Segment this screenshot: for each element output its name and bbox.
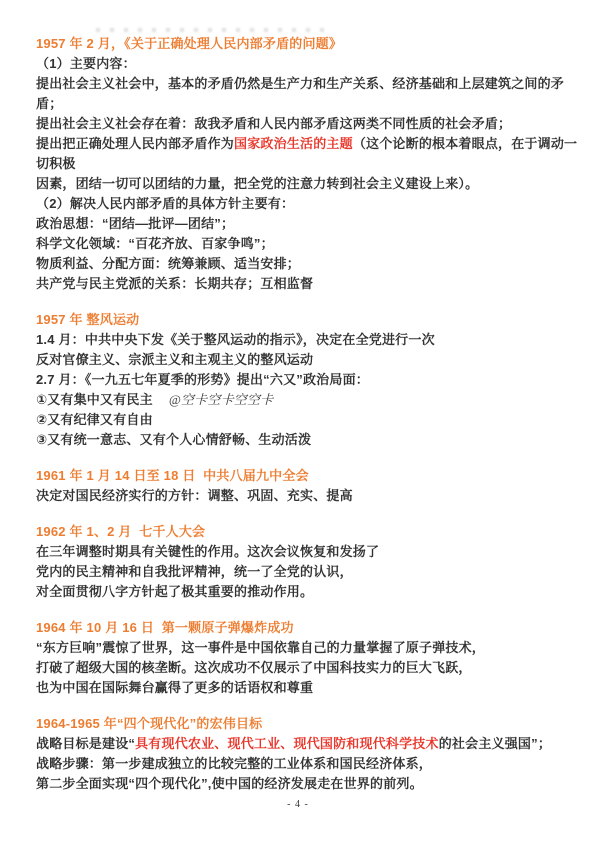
body-text: 也为中国在国际舞台赢得了更多的话语权和尊重 <box>36 680 313 695</box>
highlighted-text: 国家政治生活的主题 <box>234 136 353 151</box>
body-text: 物质利益、分配方面：统筹兼顾、适当安排； <box>36 256 300 271</box>
section-heading: 1957 年 2 月，《关于正确处理人民内部矛盾的问题》 <box>36 34 582 54</box>
text-line: 决定对国民经济实行的方针：调整、巩固、充实、提高 <box>36 486 582 506</box>
body-text: 对全面贯彻八字方针起了极其重要的推动作用。 <box>36 584 313 599</box>
text-line: 2.7 月：《一九五七年夏季的形势》提出“六又”政治局面： <box>36 370 582 390</box>
text-line: 提出把正确处理人民内部矛盾作为国家政治生活的主题（这个论断的根本着眼点，在于调动… <box>36 134 582 174</box>
body-text: 因素，团结一切可以团结的力量，把全党的注意力转到社会主义建设上来）。 <box>36 176 478 191</box>
text-line: （2）解决人民内部矛盾的具体方针主要有： <box>36 194 582 214</box>
text-line: 因素，团结一切可以团结的力量，把全党的注意力转到社会主义建设上来）。 <box>36 174 582 194</box>
text-line: 党内的民主精神和自我批评精神，统一了全党的认识， <box>36 562 582 582</box>
body-text: 共产党与民主党派的关系：长期共存；互相监督 <box>36 276 313 291</box>
text-line: 共产党与民主党派的关系：长期共存；互相监督 <box>36 274 582 294</box>
text-line: 第二步全面实现“四个现代化”,使中国的经济发展走在世界的前列。 <box>36 774 582 794</box>
text-line: 物质利益、分配方面：统筹兼顾、适当安排； <box>36 254 582 274</box>
text-line: 政治思想：“团结—批评—团结”； <box>36 214 582 234</box>
document-page: 1957 年 2 月，《关于正确处理人民内部矛盾的问题》（1）主要内容：提出社会… <box>0 0 596 843</box>
text-line: ①又有集中又有民主@空卡空卡空空卡 <box>36 390 582 410</box>
text-line: 1.4 月：中共中央下发《关于整风运动的指示》，决定在全党进行一次 <box>36 330 582 350</box>
body-text: 第二步全面实现“四个现代化”,使中国的经济发展走在世界的前列。 <box>36 776 423 791</box>
faint-print-artifact <box>96 28 334 32</box>
body-text: 1.4 月：中共中央下发《关于整风运动的指示》，决定在全党进行一次 <box>36 332 435 347</box>
body-text: 在三年调整时期具有关键性的作用。这次会议恢复和发扬了 <box>36 544 379 559</box>
body-text: ③又有统一意志、又有个人心情舒畅、生动活泼 <box>36 432 311 447</box>
text-line: ③又有统一意志、又有个人心情舒畅、生动活泼 <box>36 430 582 450</box>
body-text: 反对官僚主义、宗派主义和主观主义的整风运动 <box>36 352 313 367</box>
body-text: 科学文化领域：“百花齐放、百家争鸣”； <box>36 236 274 251</box>
text-line: 对全面贯彻八字方针起了极其重要的推动作用。 <box>36 582 582 602</box>
body-text: 决定对国民经济实行的方针：调整、巩固、充实、提高 <box>36 488 353 503</box>
highlighted-text: 具有现代农业、现代工业、现代国防和现代科学技术 <box>135 736 439 751</box>
body-text: （2）解决人民内部矛盾的具体方针主要有： <box>36 196 294 211</box>
body-text: 战略步骤：第一步建成独立的比较完整的工业体系和国民经济体系， <box>36 756 432 771</box>
body-text: 打破了超级大国的核垄断。这次成功不仅展示了中国科技实力的巨大飞跃， <box>36 660 472 675</box>
text-line: 战略目标是建设“具有现代农业、现代工业、现代国防和现代科学技术的社会主义强国”； <box>36 734 582 754</box>
text-line: 战略步骤：第一步建成独立的比较完整的工业体系和国民经济体系， <box>36 754 582 774</box>
body-text: （1）主要内容： <box>36 56 136 71</box>
text-line: ②又有纪律又有自由 <box>36 410 582 430</box>
section-heading: 1964 年 10 月 16 日 第一颗原子弹爆炸成功 <box>36 618 582 638</box>
document-content: 1957 年 2 月，《关于正确处理人民内部矛盾的问题》（1）主要内容：提出社会… <box>36 34 582 794</box>
text-line: 提出社会主义社会中，基本的矛盾仍然是生产力和生产关系、经济基础和上层建筑之间的矛… <box>36 74 582 114</box>
body-text: 提出社会主义社会存在着：敌我矛盾和人民内部矛盾这两类不同性质的社会矛盾； <box>36 116 511 131</box>
author-watermark: @空卡空卡空空卡 <box>169 392 274 407</box>
section-heading: 1962 年 1、2 月 七千人大会 <box>36 522 582 542</box>
text-line: 在三年调整时期具有关键性的作用。这次会议恢复和发扬了 <box>36 542 582 562</box>
section-heading: 1961 年 1 月 14 日至 18 日 中共八届九中全会 <box>36 466 582 486</box>
text-line: 科学文化领域：“百花齐放、百家争鸣”； <box>36 234 582 254</box>
body-text: 提出把正确处理人民内部矛盾作为 <box>36 136 234 151</box>
body-text: 党内的民主精神和自我批评精神，统一了全党的认识， <box>36 564 353 579</box>
body-text: 提出社会主义社会中，基本的矛盾仍然是生产力和生产关系、经济基础和上层建筑之间的矛… <box>36 76 564 111</box>
text-line: 反对官僚主义、宗派主义和主观主义的整风运动 <box>36 350 582 370</box>
body-text: 战略目标是建设“ <box>36 736 135 751</box>
text-line: （1）主要内容： <box>36 54 582 74</box>
text-line: “东方巨响”震惊了世界，这一事件是中国依靠自己的力量掌握了原子弹技术， <box>36 638 582 658</box>
text-line: 打破了超级大国的核垄断。这次成功不仅展示了中国科技实力的巨大飞跃， <box>36 658 582 678</box>
body-text: 的社会主义强国”； <box>439 736 551 751</box>
body-text: 2.7 月：《一九五七年夏季的形势》提出“六又”政治局面： <box>36 372 369 387</box>
body-text: “东方巨响”震惊了世界，这一事件是中国依靠自己的力量掌握了原子弹技术， <box>36 640 485 655</box>
section-heading: 1957 年 整风运动 <box>36 310 582 330</box>
text-line: 提出社会主义社会存在着：敌我矛盾和人民内部矛盾这两类不同性质的社会矛盾； <box>36 114 582 134</box>
body-text: ①又有集中又有民主 <box>36 392 153 407</box>
body-text: ②又有纪律又有自由 <box>36 412 153 427</box>
text-line: 也为中国在国际舞台赢得了更多的话语权和尊重 <box>36 678 582 698</box>
section-heading: 1964-1965 年“四个现代化”的宏伟目标 <box>36 714 582 734</box>
page-number: - 4 - <box>0 799 596 810</box>
body-text: 政治思想：“团结—批评—团结”； <box>36 216 234 231</box>
